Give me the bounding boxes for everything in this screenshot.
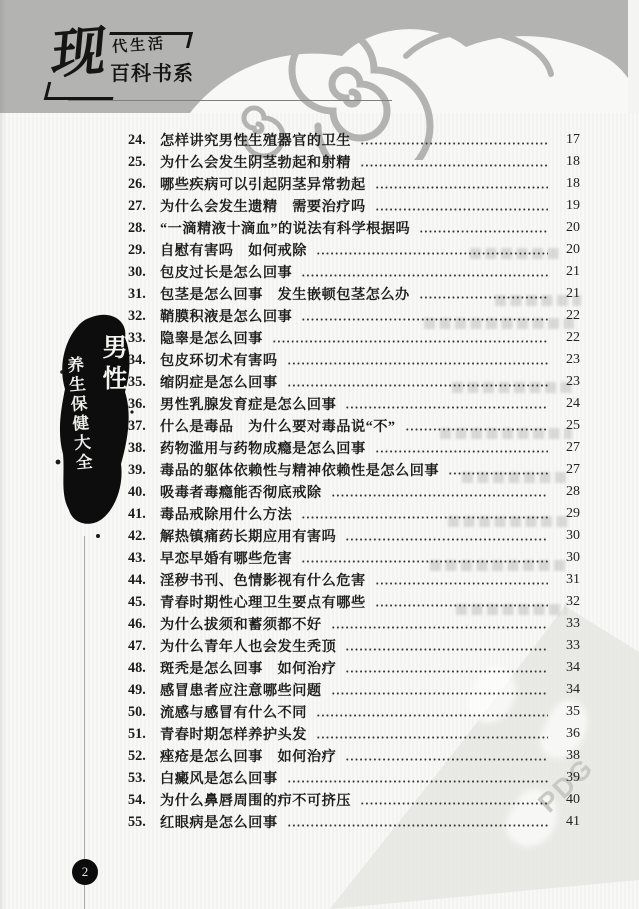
toc-entry-number: 43.: [128, 550, 160, 567]
toc-entry-number: 25.: [128, 154, 160, 171]
toc-entry-title: 斑秃是怎么回事 如何治疗: [160, 658, 336, 678]
toc-entry-title: 为什么鼻唇周围的疖不可挤压: [160, 790, 351, 810]
toc-entry: 55. 红眼病是怎么回事 41: [128, 811, 580, 833]
toc-entry-number: 41.: [128, 506, 160, 523]
toc-entry-page: 18: [556, 154, 580, 170]
toc-entry: 43. 早恋早婚有哪些危害 30: [128, 547, 580, 569]
toc-entry-page: 23: [556, 374, 580, 390]
toc-entry-page: 38: [556, 748, 580, 764]
toc-entry: 34. 包皮环切术有害吗 23: [128, 349, 580, 371]
toc-entry-title: 为什么会发生阴茎勃起和射精: [160, 152, 351, 172]
toc-entry-number: 36.: [128, 396, 160, 413]
toc-entry: 35. 缩阴症是怎么回事 23: [128, 371, 580, 393]
dot-leader: [316, 714, 548, 717]
toc-entry: 53. 白癜风是怎么回事 39: [128, 767, 580, 789]
toc-entry-title: 流感与感冒有什么不同: [160, 702, 307, 722]
toc-entry-title: 怎样讲究男性生殖器官的卫生: [160, 130, 351, 150]
dot-leader: [345, 538, 548, 541]
toc-entry-number: 53.: [128, 770, 160, 787]
toc-entry: 36. 男性乳腺发育症是怎么回事 24: [128, 393, 580, 415]
dot-leader: [375, 450, 548, 453]
toc-entry-number: 32.: [128, 308, 160, 325]
dot-leader: [360, 142, 548, 145]
toc-entry-number: 54.: [128, 792, 160, 809]
toc-entry-title: 痤疮是怎么回事 如何治疗: [160, 746, 336, 766]
toc-entry: 38. 药物滥用与药物成瘾是怎么回事 27: [128, 437, 580, 459]
toc-entry-number: 37.: [128, 418, 160, 435]
toc-entry-page: 36: [556, 726, 580, 742]
toc-entry: 32. 鞘膜积液是怎么回事 22: [128, 305, 580, 327]
series-logo: 现 代生活 百科书系: [52, 24, 202, 106]
toc-entry: 26. 哪些疾病可以引起阴茎异常勃起 18: [128, 173, 580, 195]
toc-entry-title: 青春时期怎样养护头发: [160, 724, 307, 744]
toc-entry: 54. 为什么鼻唇周围的疖不可挤压 40: [128, 789, 580, 811]
dot-leader: [375, 604, 548, 607]
toc-entry-page: 31: [556, 572, 580, 588]
toc-entry-title: 缩阴症是怎么回事: [160, 372, 278, 392]
toc-entry: 30. 包皮过长是怎么回事 21: [128, 261, 580, 283]
series-logo-bottom-text: 百科书系: [110, 57, 194, 86]
dot-leader: [375, 582, 548, 585]
toc-entry-title: 毒品戒除用什么方法: [160, 504, 292, 524]
toc-entry: 52. 痤疮是怎么回事 如何治疗 38: [128, 745, 580, 767]
dot-leader: [375, 186, 548, 189]
toc-entry-title: 红眼病是怎么回事: [160, 812, 278, 832]
dot-leader: [287, 824, 548, 827]
toc-entry-title: 感冒患者应注意哪些问题: [160, 680, 322, 700]
toc-entry-page: 30: [556, 550, 580, 566]
toc-entry-title: 解热镇痛药长期应用有害吗: [160, 526, 336, 546]
toc-entry-number: 28.: [128, 220, 160, 237]
toc-entry-title: 药物滥用与药物成瘾是怎么回事: [160, 438, 366, 458]
toc-entry-number: 49.: [128, 682, 160, 699]
dot-leader: [345, 758, 548, 761]
toc-entry-number: 27.: [128, 198, 160, 215]
toc-entry: 46. 为什么拔须和蓄须都不好 33: [128, 613, 580, 635]
dot-leader: [331, 692, 548, 695]
toc-entry-title: 青春时期性心理卫生要点有哪些: [160, 592, 366, 612]
toc-entry-number: 29.: [128, 242, 160, 259]
toc-entry-number: 44.: [128, 572, 160, 589]
toc-entry-title: 包皮环切术有害吗: [160, 350, 278, 370]
toc-entry-page: 39: [556, 770, 580, 786]
toc-entry: 50. 流感与感冒有什么不同 35: [128, 701, 580, 723]
dot-leader: [405, 428, 548, 431]
toc-entry-number: 40.: [128, 484, 160, 501]
toc-entry-title: 为什么青年人也会发生秃顶: [160, 636, 336, 656]
toc-entry-title: 鞘膜积液是怎么回事: [160, 306, 292, 326]
toc-entry-page: 24: [556, 396, 580, 412]
toc-entry-title: 毒品的躯体依赖性与精神依赖性是怎么回事: [160, 460, 439, 480]
toc-entry-page: 33: [556, 638, 580, 654]
toc-entry-page: 27: [556, 462, 580, 478]
dot-leader: [301, 274, 548, 277]
toc-entry-page: 41: [556, 814, 580, 830]
toc-entry-title: 自慰有害吗 如何戒除: [160, 240, 307, 260]
toc-entry-page: 30: [556, 528, 580, 544]
toc-entry: 49. 感冒患者应注意哪些问题 34: [128, 679, 580, 701]
toc-entry-title: 包皮过长是怎么回事: [160, 262, 292, 282]
toc-entry-number: 52.: [128, 748, 160, 765]
toc-entry: 47. 为什么青年人也会发生秃顶 33: [128, 635, 580, 657]
toc-entry-number: 35.: [128, 374, 160, 391]
dot-leader: [287, 384, 548, 387]
dot-leader: [316, 252, 548, 255]
toc-entry-page: 22: [556, 330, 580, 346]
dot-leader: [316, 736, 548, 739]
toc-entry-number: 50.: [128, 704, 160, 721]
toc-entry: 27. 为什么会发生遗精 需要治疗吗 19: [128, 195, 580, 217]
toc-entry-page: 21: [556, 264, 580, 280]
dot-leader: [345, 406, 548, 409]
toc-entry-page: 35: [556, 704, 580, 720]
scanned-book-page: PDG 现 代生活 百科书系 24. 怎样讲究男性生殖器官的卫生 17 25. …: [0, 0, 639, 909]
toc-entry: 28. “一滴精液十滴血”的说法有科学根据吗 20: [128, 217, 580, 239]
toc-list: 24. 怎样讲究男性生殖器官的卫生 17 25. 为什么会发生阴茎勃起和射精 1…: [128, 129, 580, 833]
toc-entry: 37. 什么是毒品 为什么要对毒品说“不” 25: [128, 415, 580, 437]
book-title-main: 男性: [94, 334, 130, 396]
toc-entry-title: 隐睾是怎么回事: [160, 328, 263, 348]
dot-leader: [360, 802, 548, 805]
toc-entry-number: 30.: [128, 264, 160, 281]
toc-entry-number: 33.: [128, 330, 160, 347]
toc-entry: 44. 淫秽书刊、色情影视有什么危害 31: [128, 569, 580, 591]
dot-leader: [448, 472, 548, 475]
toc-entry-page: 19: [556, 198, 580, 214]
toc-entry-number: 38.: [128, 440, 160, 457]
dot-leader: [272, 340, 548, 343]
scan-edge-shadow: [0, 0, 6, 909]
toc-entry: 29. 自慰有害吗 如何戒除 20: [128, 239, 580, 261]
toc-entry-number: 46.: [128, 616, 160, 633]
toc-entry-number: 51.: [128, 726, 160, 743]
dot-leader: [360, 164, 548, 167]
toc-entry-number: 48.: [128, 660, 160, 677]
toc-entry-page: 28: [556, 484, 580, 500]
toc-entry-page: 25: [556, 418, 580, 434]
dot-leader: [301, 560, 548, 563]
toc-entry-title: 男性乳腺发育症是怎么回事: [160, 394, 336, 414]
series-logo-top-text: 代生活: [111, 32, 166, 57]
logo-bracket-bottom: [44, 82, 117, 100]
toc-entry-number: 47.: [128, 638, 160, 655]
dot-leader: [345, 648, 548, 651]
dot-leader: [287, 362, 548, 365]
toc-entry-page: 32: [556, 594, 580, 610]
toc-entry-title: 什么是毒品 为什么要对毒品说“不”: [160, 416, 396, 436]
toc-entry: 25. 为什么会发生阴茎勃起和射精 18: [128, 151, 580, 173]
toc-entry-page: 34: [556, 682, 580, 698]
toc-entry: 48. 斑秃是怎么回事 如何治疗 34: [128, 657, 580, 679]
toc-entry-title: 淫秽书刊、色情影视有什么危害: [160, 570, 366, 590]
toc-entry-title: 吸毒者毒瘾能否彻底戒除: [160, 482, 322, 502]
toc-entry-title: 为什么拔须和蓄须都不好: [160, 614, 322, 634]
toc-entry: 42. 解热镇痛药长期应用有害吗 30: [128, 525, 580, 547]
toc-entry: 40. 吸毒者毒瘾能否彻底戒除 28: [128, 481, 580, 503]
toc-entry-page: 20: [556, 242, 580, 258]
toc-entry: 31. 包茎是怎么回事 发生嵌顿包茎怎么办 21: [128, 283, 580, 305]
toc-entry-number: 42.: [128, 528, 160, 545]
series-logo-big-char: 现: [49, 24, 108, 83]
toc-entry-title: “一滴精液十滴血”的说法有科学根据吗: [160, 218, 410, 238]
toc-entry-page: 27: [556, 440, 580, 456]
toc-entry: 33. 隐睾是怎么回事 22: [128, 327, 580, 349]
toc-entry-title: 白癜风是怎么回事: [160, 768, 278, 788]
toc-entry-page: 29: [556, 506, 580, 522]
toc-entry-page: 17: [556, 132, 580, 148]
toc-entry-page: 33: [556, 616, 580, 632]
toc-entry-page: 34: [556, 660, 580, 676]
dot-leader: [331, 626, 548, 629]
toc-entry-number: 34.: [128, 352, 160, 369]
page-number-badge: 2: [72, 859, 98, 885]
toc-entry-page: 18: [556, 176, 580, 192]
toc-entry-number: 55.: [128, 814, 160, 831]
toc-entry-number: 45.: [128, 594, 160, 611]
dot-leader: [301, 318, 548, 321]
toc-entry-number: 24.: [128, 132, 160, 149]
dot-leader: [331, 494, 548, 497]
toc-entry-page: 22: [556, 308, 580, 324]
toc-entry-number: 39.: [128, 462, 160, 479]
margin-rule: [84, 536, 85, 909]
toc-entry-title: 哪些疾病可以引起阴茎异常勃起: [160, 174, 366, 194]
toc-entry-title: 包茎是怎么回事 发生嵌顿包茎怎么办: [160, 284, 410, 304]
toc-entry-title: 早恋早婚有哪些危害: [160, 548, 292, 568]
dot-leader: [419, 296, 548, 299]
toc-entry-number: 26.: [128, 176, 160, 193]
toc-entry-page: 40: [556, 792, 580, 808]
toc-entry: 45. 青春时期性心理卫生要点有哪些 32: [128, 591, 580, 613]
toc-entry: 24. 怎样讲究男性生殖器官的卫生 17: [128, 129, 580, 151]
toc-entry-page: 21: [556, 286, 580, 302]
toc-entry-number: 31.: [128, 286, 160, 303]
dot-leader: [301, 516, 548, 519]
dot-leader: [375, 208, 548, 211]
toc-entry: 41. 毒品戒除用什么方法 29: [128, 503, 580, 525]
dot-leader: [419, 230, 548, 233]
dot-leader: [287, 780, 548, 783]
toc-entry-page: 20: [556, 220, 580, 236]
toc-entry-title: 为什么会发生遗精 需要治疗吗: [160, 196, 366, 216]
toc-entry: 39. 毒品的躯体依赖性与精神依赖性是怎么回事 27: [128, 459, 580, 481]
toc-entry-page: 23: [556, 352, 580, 368]
dot-leader: [345, 670, 548, 673]
toc-entry: 51. 青春时期怎样养护头发 36: [128, 723, 580, 745]
